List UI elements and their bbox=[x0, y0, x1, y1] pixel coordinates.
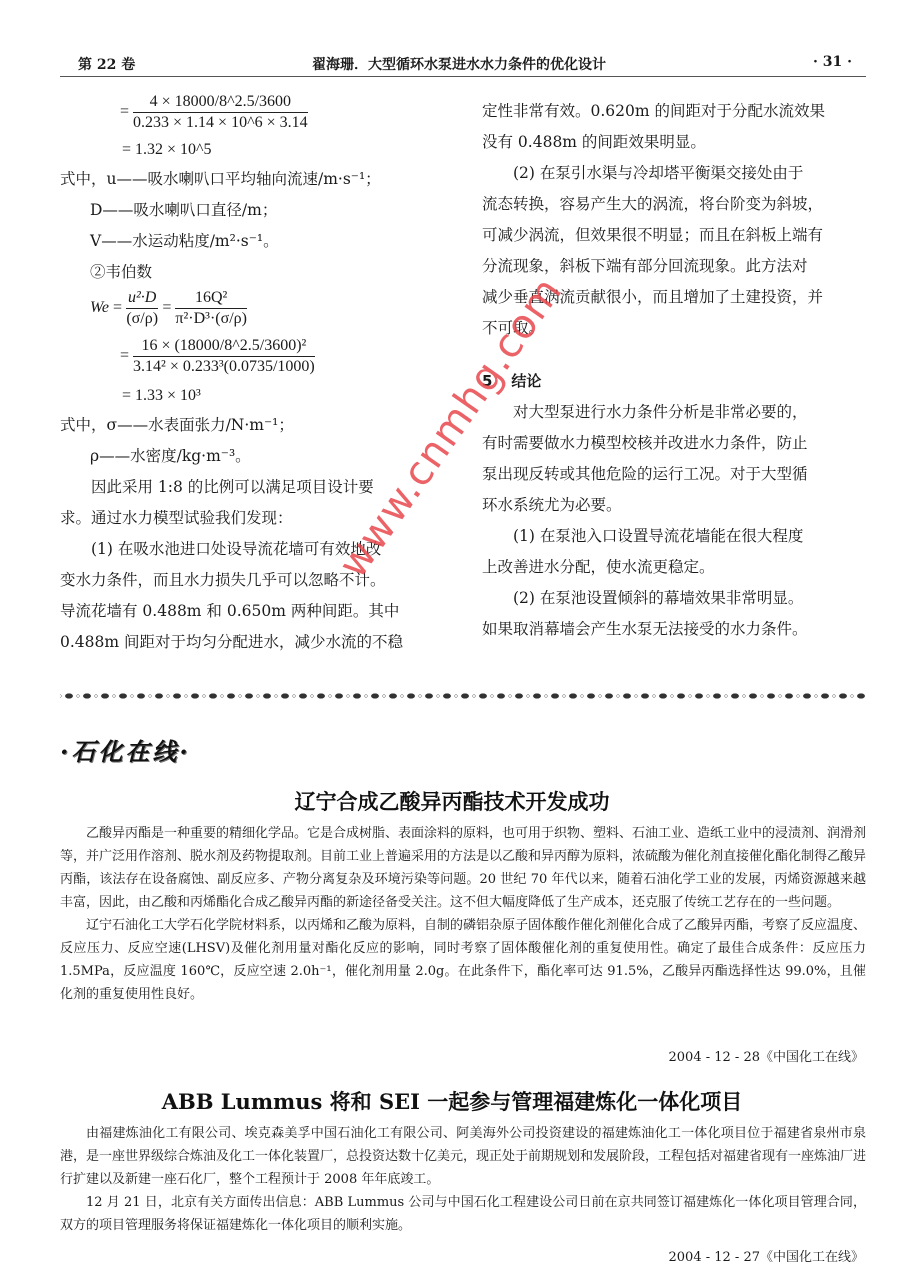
definition-u: 式中，u——吸水喇叭口平均轴向流速/m·s⁻¹； bbox=[60, 164, 452, 195]
news2-title: ABB Lummus 将和 SEI 一起参与管理福建炼化一体化项目 bbox=[0, 1086, 904, 1116]
news2-source: 2004 - 12 - 27《中国化工在线》 bbox=[669, 1246, 864, 1262]
paragraph-line: 变水力条件，而且水力损失几乎可以忽略不计。 bbox=[60, 565, 452, 596]
column-label: ·石化在线· bbox=[60, 732, 191, 767]
eq2-lhs: We bbox=[90, 299, 109, 316]
running-header: 第 22 卷 翟海珊．大型循环水泵进水水力条件的优化设计 · 31 · bbox=[60, 52, 866, 77]
news2-paragraph: 12 月 21 日，北京有关方面传出信息：ABB Lummus 公司与中国石化工… bbox=[60, 1191, 866, 1237]
eq3-result: = 1.33 × 10³ bbox=[122, 382, 452, 410]
news1-body: 乙酸异丙酯是一种重要的精细化学品。它是合成树脂、表面涂料的原料，也可用于织物、塑… bbox=[60, 822, 866, 1006]
news1-title: 辽宁合成乙酸异丙酯技术开发成功 bbox=[0, 786, 904, 816]
decorative-chain-divider bbox=[60, 690, 866, 702]
eq3-numerator: 16 × (18000/8^2.5/3600)² bbox=[133, 336, 315, 357]
paragraph-line: 对大型泵进行水力条件分析是非常必要的， bbox=[482, 397, 866, 428]
paragraph-line: 导流花墙有 0.488m 和 0.650m 两种间距。其中 bbox=[60, 596, 452, 627]
news2-paragraph: 由福建炼油化工有限公司、埃克森美孚中国石油化工有限公司、阿美海外公司投资建设的福… bbox=[60, 1122, 866, 1191]
eq2-frac1-num: u²·D bbox=[126, 288, 158, 309]
eq1-numerator: 4 × 18000/8^2.5/3600 bbox=[133, 92, 308, 113]
paragraph-line: 如果取消幕墙会产生水泵无法接受的水力条件。 bbox=[482, 614, 866, 645]
paragraph-line: 上改善进水分配，使水流更稳定。 bbox=[482, 552, 866, 583]
paragraph-line: 流态转换，容易产生大的涡流，将台阶变为斜坡， bbox=[482, 189, 866, 220]
news1-source: 2004 - 12 - 28《中国化工在线》 bbox=[669, 1046, 864, 1065]
news1-paragraph: 辽宁石油化工大学石化学院材料系，以丙烯和乙酸为原料，自制的磷铝杂原子固体酸作催化… bbox=[60, 914, 866, 1006]
eq3-denominator: 3.14² × 0.233³(0.0735/1000) bbox=[133, 357, 315, 377]
left-column: = 4 × 18000/8^2.5/36000.233 × 1.14 × 10^… bbox=[60, 92, 452, 658]
volume-label: 第 22 卷 bbox=[78, 54, 135, 74]
equation-weber-values: = 16 × (18000/8^2.5/3600)²3.14² × 0.233³… bbox=[120, 336, 452, 382]
paragraph-line: 可减少涡流，但效果很不明显；而且在斜板上端有 bbox=[482, 220, 866, 251]
running-title: 翟海珊．大型循环水泵进水水力条件的优化设计 bbox=[312, 54, 606, 74]
paragraph-line: 0.488m 间距对于均匀分配进水，减少水流的不稳 bbox=[60, 627, 452, 658]
right-column: 定性非常有效。0.620m 的间距对于分配水流效果 没有 0.488m 的间距效… bbox=[482, 96, 866, 645]
eq2-frac2-num: 16Q² bbox=[175, 288, 247, 309]
paragraph-line: 定性非常有效。0.620m 的间距对于分配水流效果 bbox=[482, 96, 866, 127]
paragraph-line: 没有 0.488m 的间距效果明显。 bbox=[482, 127, 866, 158]
paragraph-line: (1) 在泵池入口设置导流花墙能在很大程度 bbox=[482, 521, 866, 552]
spacer bbox=[482, 344, 866, 366]
paragraph-line: (2) 在泵引水渠与冷却塔平衡渠交接处由于 bbox=[482, 158, 866, 189]
equation-weber: We = u²·D(σ/ρ) = 16Q²π²·D³·(σ/ρ) bbox=[90, 288, 452, 336]
definition-d: D——吸水喇叭口直径/m； bbox=[60, 195, 452, 226]
news1-paragraph: 乙酸异丙酯是一种重要的精细化学品。它是合成树脂、表面涂料的原料，也可用于织物、塑… bbox=[60, 822, 866, 914]
eq2-frac1-den: (σ/ρ) bbox=[126, 309, 158, 329]
eq1-result: = 1.32 × 10^5 bbox=[122, 136, 452, 164]
section-heading: 5 结论 bbox=[482, 366, 866, 397]
paragraph-line: 环水系统尤为必要。 bbox=[482, 490, 866, 521]
definition-v: V——水运动粘度/m²·s⁻¹。 bbox=[60, 226, 452, 257]
eq1-denominator: 0.233 × 1.14 × 10^6 × 3.14 bbox=[133, 113, 308, 133]
paragraph-line: (2) 在泵池设置倾斜的幕墙效果非常明显。 bbox=[482, 583, 866, 614]
equation-reynolds: = 4 × 18000/8^2.5/36000.233 × 1.14 × 10^… bbox=[120, 92, 452, 136]
paragraph-line: 泵出现反转或其他危险的运行工况。对于大型循 bbox=[482, 459, 866, 490]
page-number: · 31 · bbox=[813, 54, 852, 70]
eq2-frac2-den: π²·D³·(σ/ρ) bbox=[175, 309, 247, 329]
paragraph-line: 有时需要做水力模型校核并改进水力条件，防止 bbox=[482, 428, 866, 459]
definition-sigma: 式中，σ——水表面张力/N·m⁻¹； bbox=[60, 410, 452, 441]
news2-body: 由福建炼油化工有限公司、埃克森美孚中国石油化工有限公司、阿美海外公司投资建设的福… bbox=[60, 1122, 866, 1237]
subheading-weber: ②韦伯数 bbox=[60, 257, 452, 288]
